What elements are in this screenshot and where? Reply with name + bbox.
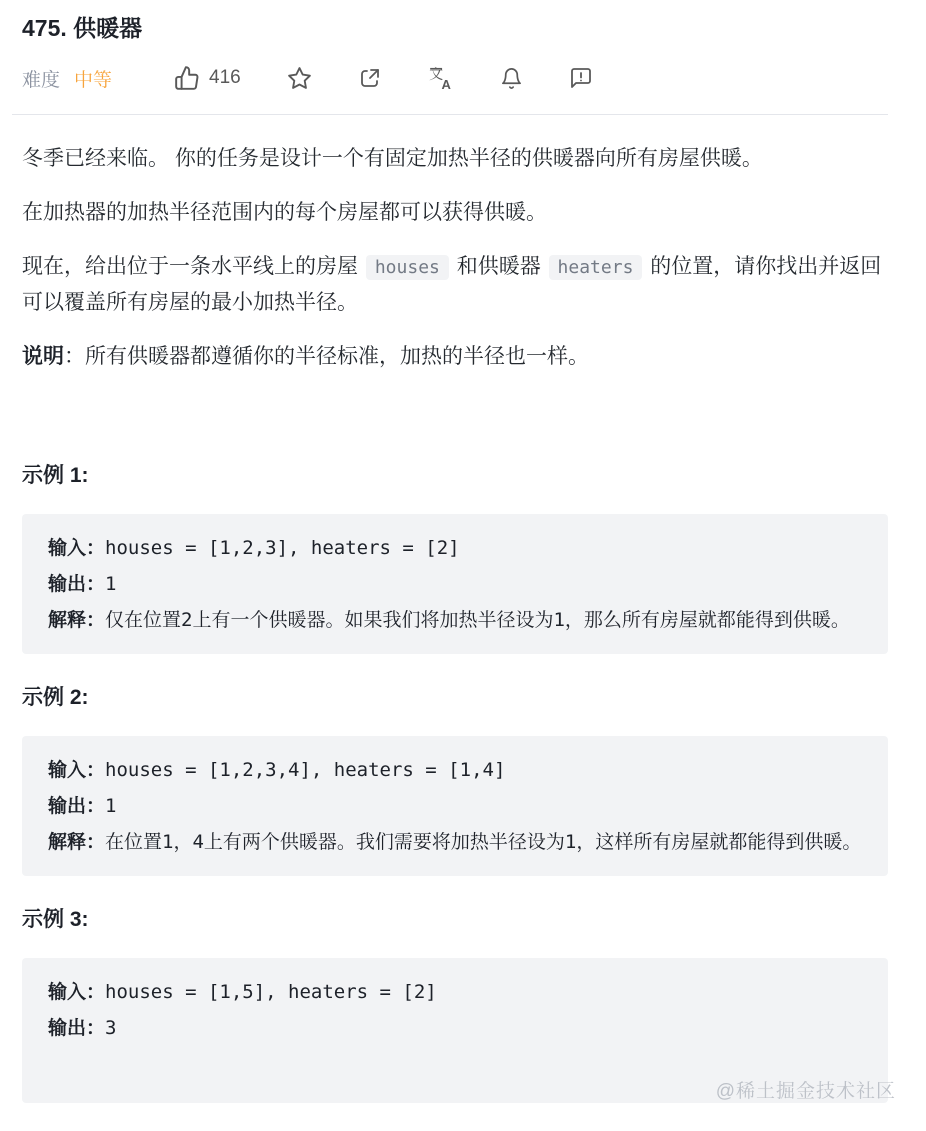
output-label: 输出： [48,573,105,595]
output-value: 1 [105,795,116,817]
translate-button[interactable]: 文 A [428,65,454,91]
output-label: 输出： [48,795,105,817]
notification-button[interactable] [500,67,523,90]
p3-text-mid: 和供暖器 [451,255,547,278]
note-paragraph: 说明：所有供暖器都遵循你的半径标准，加热的半径也一样。 [22,339,886,374]
problem-page: 475. 供暖器 难度 中等 416 [0,0,926,1131]
meta-row: 难度 中等 416 [22,64,886,92]
feedback-button[interactable] [569,66,593,90]
problem-description: 冬季已经来临。 你的任务是设计一个有固定加热半径的供暖器向所有房屋供暖。 在加热… [22,141,886,374]
inline-code-heaters: heaters [549,255,643,280]
inline-code-houses: houses [366,255,449,280]
description-paragraph-3: 现在，给出位于一条水平线上的房屋 houses 和供暖器 heaters 的位置… [22,249,886,320]
input-value: houses = [1,2,3], heaters = [2] [105,537,460,559]
example-3-heading: 示例 3: [22,906,886,934]
explanation-label: 解释： [48,609,105,631]
page-title: 475. 供暖器 [22,14,886,42]
star-icon [287,66,312,91]
input-value: houses = [1,2,3,4], heaters = [1,4] [105,759,505,781]
example-1-explanation-line: 解释：仅在位置2上有一个供暖器。如果我们将加热半径设为1，那么所有房屋就都能得到… [48,602,862,638]
example-3-output-line: 输出：3 [48,1010,862,1046]
example-2-block: 输入：houses = [1,2,3,4], heaters = [1,4] 输… [22,736,888,876]
description-paragraph-2: 在加热器的加热半径范围内的每个房屋都可以获得供暖。 [22,195,886,230]
watermark: @稀土掘金技术社区 [716,1076,896,1103]
share-icon [358,66,382,90]
output-value: 1 [105,573,116,595]
like-button[interactable]: 416 [174,65,241,91]
example-1-heading: 示例 1: [22,462,886,490]
p3-text-before: 现在，给出位于一条水平线上的房屋 [22,255,364,278]
example-1-block: 输入：houses = [1,2,3], heaters = [2] 输出：1 … [22,514,888,654]
example-1-input-line: 输入：houses = [1,2,3], heaters = [2] [48,530,862,566]
bell-icon [500,67,523,90]
like-count: 416 [209,67,241,89]
explanation-text: 仅在位置2上有一个供暖器。如果我们将加热半径设为1，那么所有房屋就都能得到供暖。 [105,609,850,631]
explanation-label: 解释： [48,831,105,853]
example-3-input-line: 输入：houses = [1,5], heaters = [2] [48,974,862,1010]
output-value: 3 [105,1017,116,1039]
description-paragraph-1: 冬季已经来临。 你的任务是设计一个有固定加热半径的供暖器向所有房屋供暖。 [22,141,886,176]
svg-text:A: A [441,77,451,91]
explanation-text: 在位置1，4上有两个供暖器。我们需要将加热半径设为1，这样所有房屋就都能得到供暖… [105,831,861,853]
input-label: 输入： [48,981,105,1003]
note-label: 说明 [22,345,64,368]
note-text: ：所有供暖器都遵循你的半径标准，加热的半径也一样。 [64,345,589,368]
input-value: houses = [1,5], heaters = [2] [105,981,437,1003]
example-2-heading: 示例 2: [22,684,886,712]
share-button[interactable] [358,66,382,90]
action-bar: 416 [174,65,593,91]
example-2-output-line: 输出：1 [48,788,862,824]
input-label: 输入： [48,537,105,559]
example-1-output-line: 输出：1 [48,566,862,602]
example-2-explanation-line: 解释：在位置1，4上有两个供暖器。我们需要将加热半径设为1，这样所有房屋就都能得… [48,824,862,860]
translate-icon: 文 A [428,65,454,91]
divider [12,114,888,115]
output-label: 输出： [48,1017,105,1039]
thumbs-up-icon [174,65,200,91]
feedback-icon [569,66,593,90]
example-2-input-line: 输入：houses = [1,2,3,4], heaters = [1,4] [48,752,862,788]
favorite-button[interactable] [287,66,312,91]
difficulty-label: 难度 [22,65,60,92]
input-label: 输入： [48,759,105,781]
difficulty-badge: 中等 [74,65,112,92]
